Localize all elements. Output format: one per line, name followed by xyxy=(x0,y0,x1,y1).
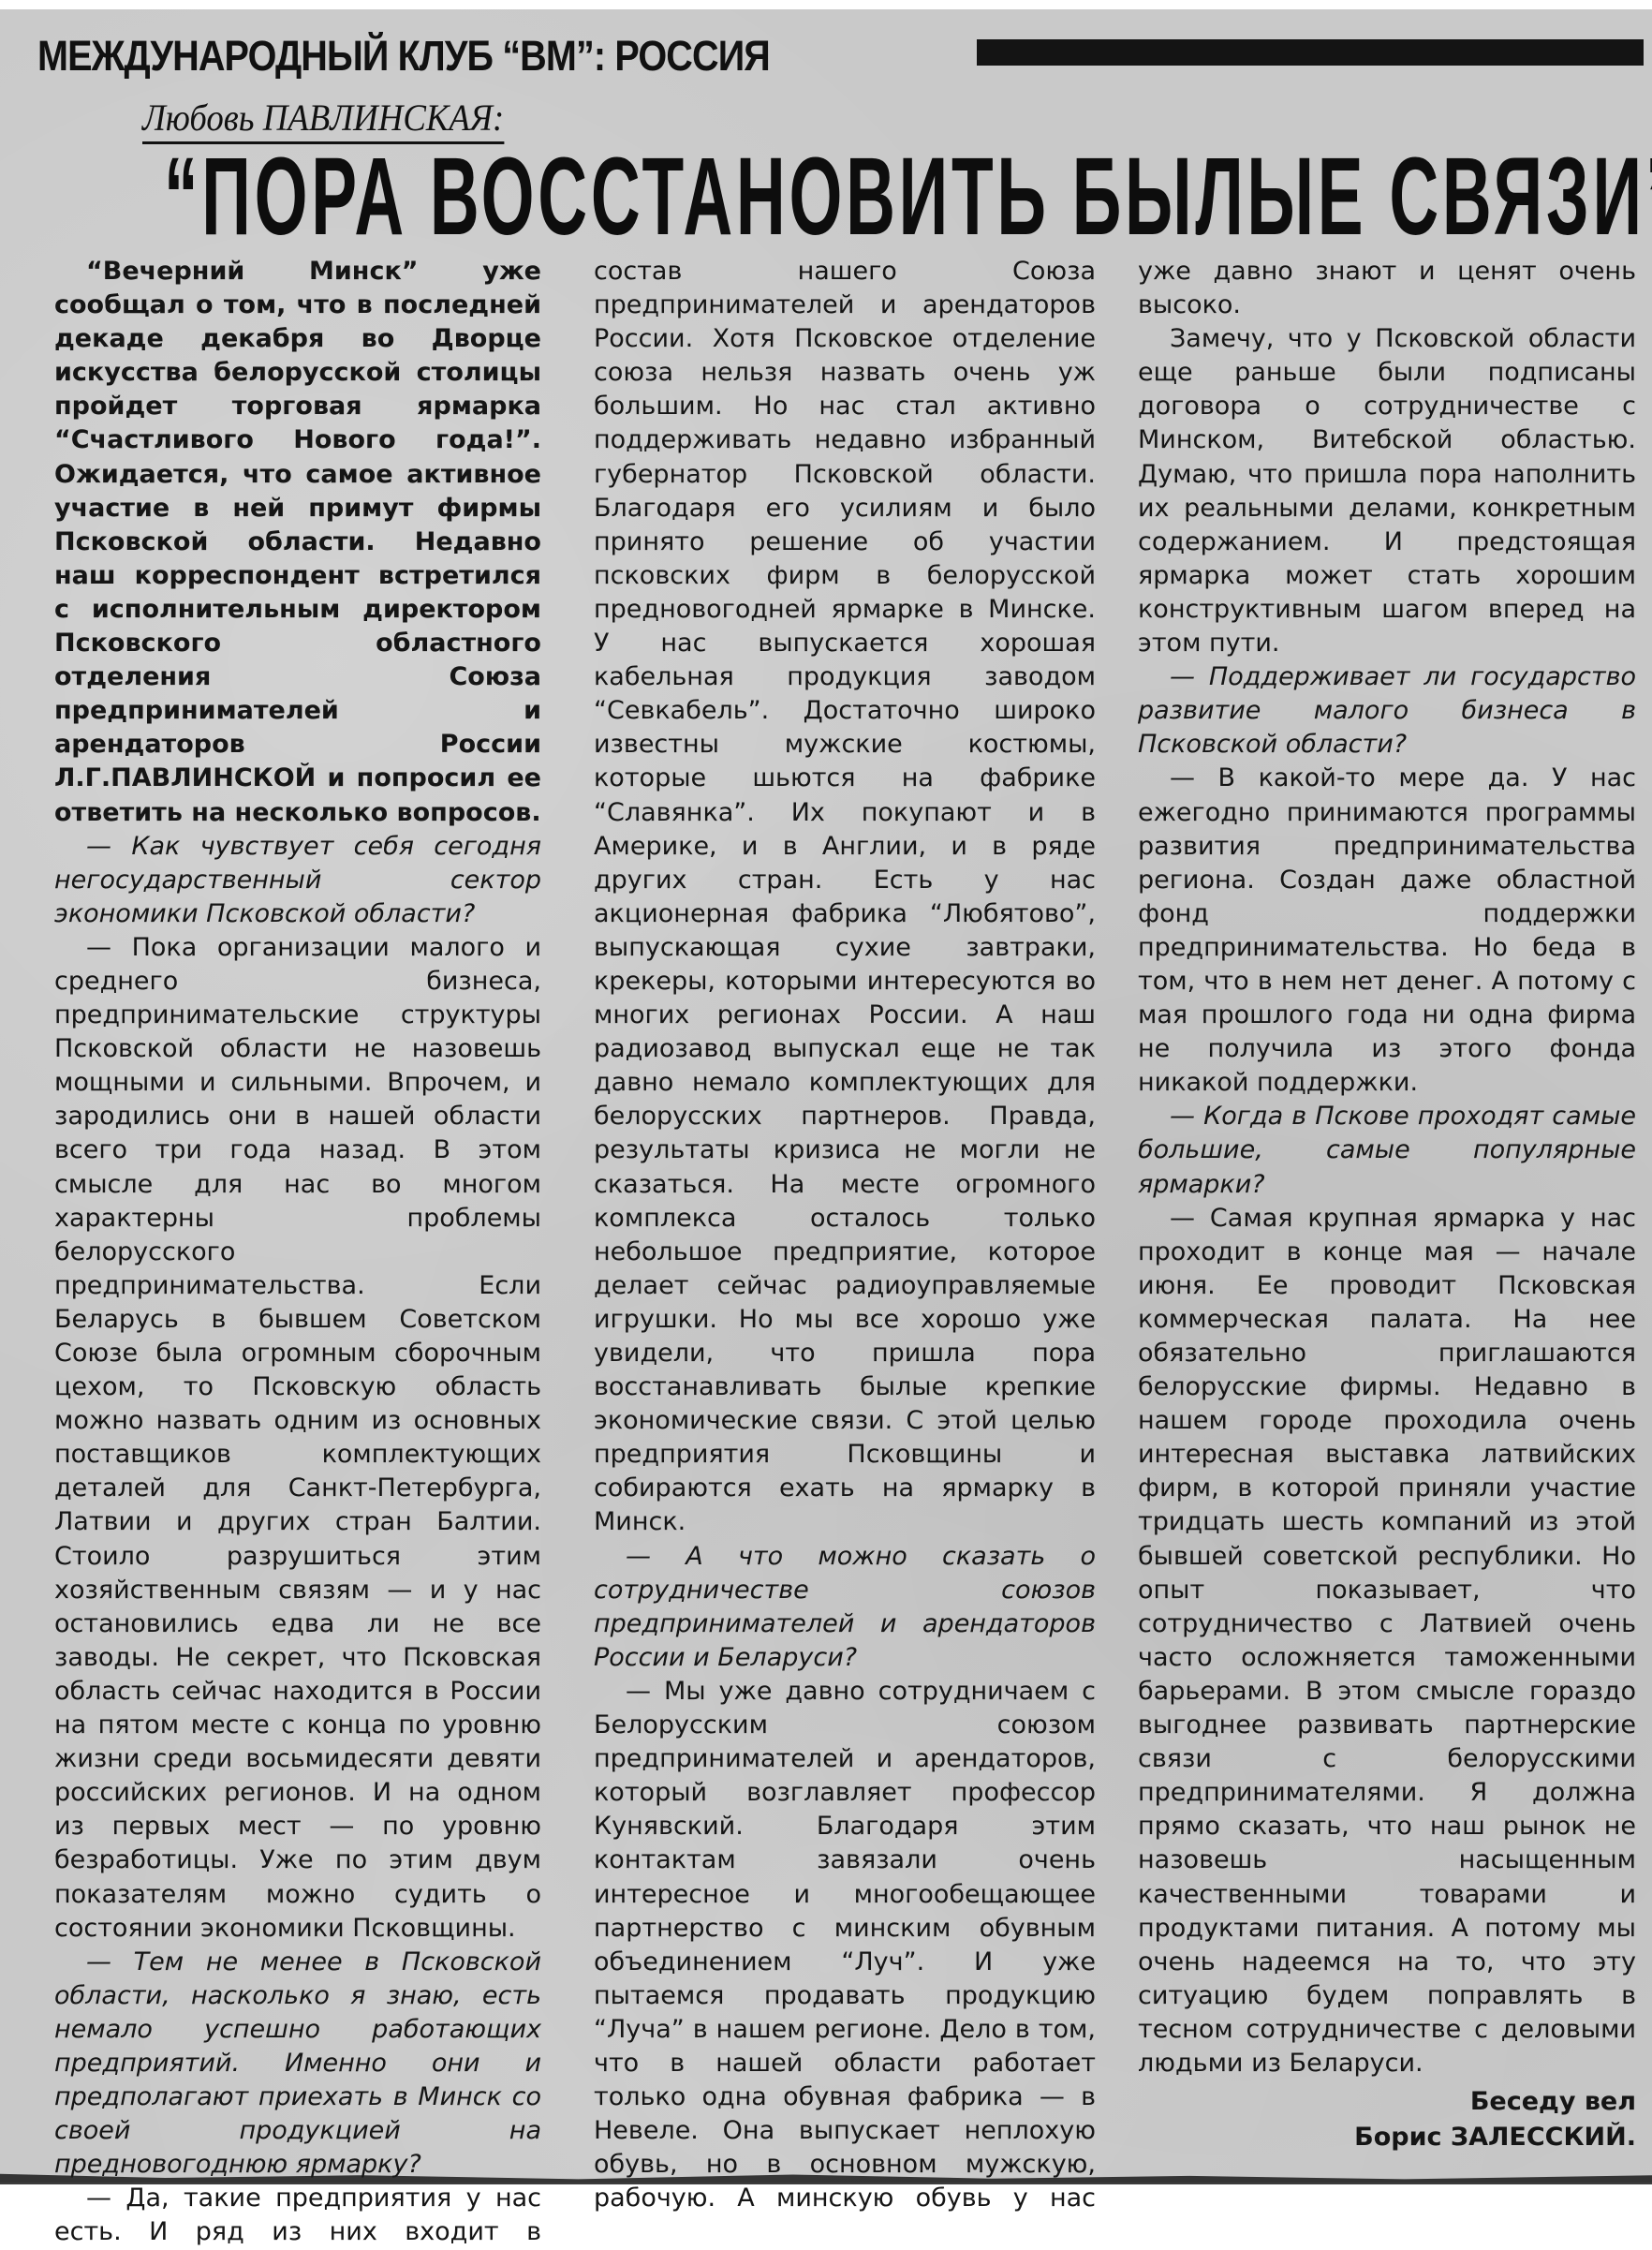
question-paragraph: — Поддерживает ли государство развитие м… xyxy=(1138,660,1636,762)
answer-paragraph: — Мы уже давно сотрудничаем с Белорусски… xyxy=(594,1675,1096,2216)
continued-paragraph: уже давно знают и ценят очень высоко. xyxy=(1138,255,1636,322)
rubric-bar-decoration xyxy=(977,39,1644,66)
headline: “ПОРА ВОССТАНОВИТЬ БЫЛЫЕ СВЯЗИ” xyxy=(164,150,1499,244)
question-paragraph: — Когда в Пскове проходят самые большие,… xyxy=(1138,1100,1636,1201)
newspaper-clipping: МЕЖДУНАРОДНЫЙ КЛУБ “ВМ”: РОССИЯ Любовь П… xyxy=(0,9,1652,2183)
answer-paragraph: — Пока организации малого и среднего биз… xyxy=(54,931,541,1946)
rubric-label: МЕЖДУНАРОДНЫЙ КЛУБ “ВМ”: РОССИЯ xyxy=(37,32,770,81)
article-column-1: “Вечерний Минск” уже сообщал о том, что … xyxy=(54,255,541,2226)
lead-paragraph: “Вечерний Минск” уже сообщал о том, что … xyxy=(54,255,541,830)
byline-author: Борис ЗАЛЕССКИЙ. xyxy=(1138,2120,1636,2155)
answer-paragraph: — Да, такие предприятия у нас есть. И ря… xyxy=(54,2182,541,2226)
byline: Беседу вел Борис ЗАЛЕССКИЙ. xyxy=(1138,2084,1636,2155)
byline-credit: Беседу вел xyxy=(1138,2084,1636,2120)
question-paragraph: — Тем не менее в Псковской области, наск… xyxy=(54,1946,541,2183)
article-column-2: состав нашего Союза предпринимателей и а… xyxy=(594,255,1096,2215)
answer-paragraph: — Самая крупная ярмарка у нас проходит в… xyxy=(1138,1202,1636,2080)
article-column-3: уже давно знают и ценят очень высоко. За… xyxy=(1138,255,1636,2155)
continued-paragraph: состав нашего Союза предпринимателей и а… xyxy=(594,255,1096,1540)
answer-paragraph: — В какой-то мере да. У нас ежегодно при… xyxy=(1138,762,1636,1100)
question-paragraph: — А что можно сказать о сотрудничестве с… xyxy=(594,1540,1096,1675)
question-paragraph: — Как чувствует себя сегодня негосударст… xyxy=(54,830,541,931)
answer-paragraph: Замечу, что у Псковской области еще рань… xyxy=(1138,322,1636,660)
